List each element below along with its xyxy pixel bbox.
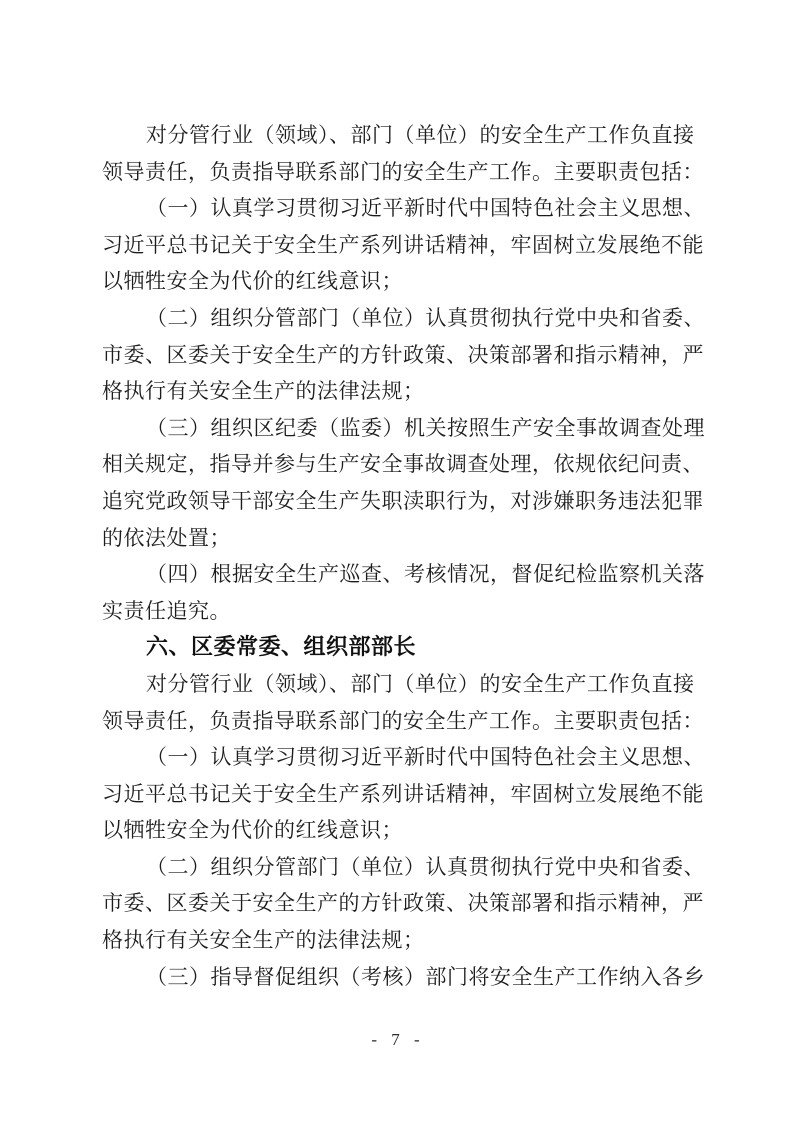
text-line: 对分管行业（领域）、部门（单位）的安全生产工作负直接 — [102, 117, 694, 154]
text-line: 对分管行业（领域）、部门（单位）的安全生产工作负直接 — [102, 666, 694, 703]
text-line: 格执行有关安全生产的法律法规； — [102, 373, 694, 410]
text-line: （一）认真学习贯彻习近平新时代中国特色社会主义思想、 — [102, 190, 694, 227]
text-line: 实责任追究。 — [102, 593, 694, 630]
section-heading: 六、区委常委、组织部部长 — [102, 629, 694, 666]
text-line: 市委、区委关于安全生产的方针政策、决策部署和指示精神，严 — [102, 337, 694, 374]
text-line: （四）根据安全生产巡查、考核情况，督促纪检监察机关落 — [102, 556, 694, 593]
text-line: 习近平总书记关于安全生产系列讲话精神，牢固树立发展绝不能 — [102, 227, 694, 264]
text-line: （二）组织分管部门（单位）认真贯彻执行党中央和省委、 — [102, 849, 694, 886]
text-line: 习近平总书记关于安全生产系列讲话精神，牢固树立发展绝不能 — [102, 776, 694, 813]
body-text: 对分管行业（领域）、部门（单位）的安全生产工作负直接 领导责任，负责指导联系部门… — [102, 117, 694, 995]
text-line: （一）认真学习贯彻习近平新时代中国特色社会主义思想、 — [102, 739, 694, 776]
text-line: 以牺牲安全为代价的红线意识； — [102, 812, 694, 849]
text-line: （三）组织区纪委（监委）机关按照生产安全事故调查处理 — [102, 410, 694, 447]
text-line: 领导责任，负责指导联系部门的安全生产工作。主要职责包括： — [102, 154, 694, 191]
text-line: （二）组织分管部门（单位）认真贯彻执行党中央和省委、 — [102, 300, 694, 337]
text-line: 格执行有关安全生产的法律法规； — [102, 922, 694, 959]
text-line: 的依法处置； — [102, 520, 694, 557]
page-number: - 7 - — [0, 1030, 793, 1050]
text-line: 追究党政领导干部安全生产失职渎职行为，对涉嫌职务违法犯罪 — [102, 483, 694, 520]
text-line: 领导责任，负责指导联系部门的安全生产工作。主要职责包括： — [102, 703, 694, 740]
text-line: （三）指导督促组织（考核）部门将安全生产工作纳入各乡 — [102, 959, 694, 996]
text-line: 市委、区委关于安全生产的方针政策、决策部署和指示精神，严 — [102, 885, 694, 922]
text-line: 相关规定，指导并参与生产安全事故调查处理，依规依纪问责、 — [102, 446, 694, 483]
text-line: 以牺牲安全为代价的红线意识； — [102, 263, 694, 300]
document-page: 对分管行业（领域）、部门（单位）的安全生产工作负直接 领导责任，负责指导联系部门… — [0, 0, 793, 1122]
